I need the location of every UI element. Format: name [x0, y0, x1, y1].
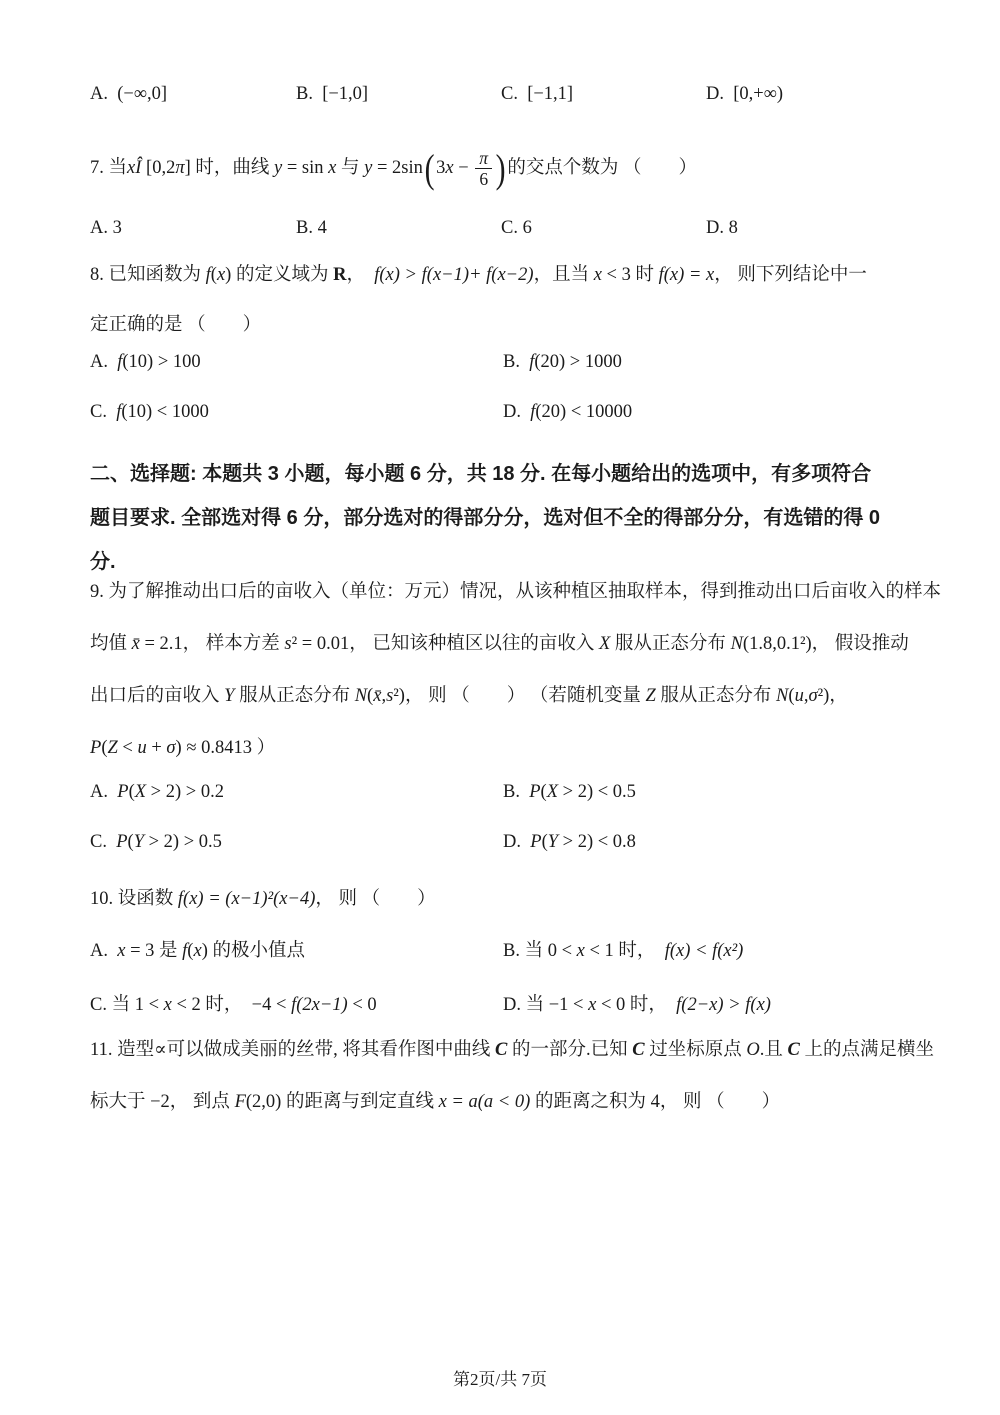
q9-option-c: C. P(Y > 2) > 0.5 — [90, 832, 503, 853]
q6-option-b: B. [−1,0] — [296, 84, 501, 105]
q10-option-a: A. x = 3 是 f(x) 的极小值点 — [90, 936, 503, 962]
q8-option-b: B. f(20) > 1000 — [503, 352, 912, 373]
q11-line-2: 标大于 −2， 到点 F(2,0) 的距离与到定直线 x = a(a < 0) … — [90, 1076, 912, 1128]
section-2-heading: 二、选择题: 本题共 3 小题，每小题 6 分，共 18 分. 在每小题给出的选… — [90, 452, 922, 584]
q8-line-1: 8. 已知函数为 f(x) 的定义域为 R， f(x) > f(x−1)+ f(… — [90, 250, 912, 300]
q8-options-row-2: C. f(10) < 1000 D. f(20) < 10000 — [90, 402, 912, 423]
q10-options-row-1: A. x = 3 是 f(x) 的极小值点 B. 当 0 < x < 1 时， … — [90, 936, 912, 962]
question-10-stem: 10. 设函数 f(x) = (x−1)²(x−4)， 则 （ ） — [90, 884, 912, 910]
q10-option-c: C. 当 1 < x < 2 时， −4 < f(2x−1) < 0 — [90, 990, 503, 1016]
question-11-stem: 11. 造型∝可以做成美丽的丝带, 将其看作图中曲线 C 的一部分.已知 C 过… — [90, 1024, 912, 1128]
question-8-stem: 8. 已知函数为 f(x) 的定义域为 R， f(x) > f(x−1)+ f(… — [90, 250, 912, 350]
q6-option-c: C. [−1,1] — [501, 84, 706, 105]
question-9-stem: 9. 为了解推动出口后的亩收入（单位：万元）情况，从该种植区抽取样本，得到推动出… — [90, 566, 912, 774]
q9-line-4: P(Z < u + σ) ≈ 0.8413 ） — [90, 722, 912, 774]
q10-text: 10. 设函数 f(x) = (x−1)²(x−4)， 则 （ ） — [90, 884, 912, 910]
q9-options-row-2: C. P(Y > 2) > 0.5 D. P(Y > 2) < 0.8 — [90, 832, 912, 853]
q9-option-b: B. P(X > 2) < 0.5 — [503, 782, 912, 803]
q6-option-a: A. (−∞,0] — [90, 84, 296, 105]
q9-option-a: A. P(X > 2) > 0.2 — [90, 782, 503, 803]
section-2-heading-line-1: 二、选择题: 本题共 3 小题，每小题 6 分，共 18 分. 在每小题给出的选… — [90, 452, 922, 496]
q9-line-2: 均值 x̄ = 2.1， 样本方差 s² = 0.01， 已知该种植区以往的亩收… — [90, 618, 912, 670]
q9-options-row-1: A. P(X > 2) > 0.2 B. P(X > 2) < 0.5 — [90, 782, 912, 803]
q8-option-d: D. f(20) < 10000 — [503, 402, 912, 423]
q9-line-3: 出口后的亩收入 Y 服从正态分布 N(x̄,s²)， 则 （ ） （若随机变量 … — [90, 670, 912, 722]
q8-line-2: 定正确的是 （ ） — [90, 300, 912, 350]
q8-option-a: A. f(10) > 100 — [90, 352, 503, 373]
question-7-stem: 7. 当xÎ [0,2π] 时，曲线 y = sin x 与 y = 2sin(… — [90, 136, 912, 200]
page-number-footer: 第2页/共 7页 — [0, 1366, 1000, 1394]
q9-line-1: 9. 为了解推动出口后的亩收入（单位：万元）情况，从该种植区抽取样本，得到推动出… — [90, 566, 912, 618]
section-2-heading-line-2: 题目要求. 全部选对得 6 分，部分选对的得部分分，选对但不全的得部分分，有选错… — [90, 496, 922, 540]
q6-option-d: D. [0,+∞) — [706, 84, 912, 105]
q9-option-d: D. P(Y > 2) < 0.8 — [503, 832, 912, 853]
q6-options-row: A. (−∞,0] B. [−1,0] C. [−1,1] D. [0,+∞) — [90, 84, 912, 105]
q7-option-a: A. 3 — [90, 218, 296, 239]
q8-option-c: C. f(10) < 1000 — [90, 402, 503, 423]
q10-option-d: D. 当 −1 < x < 0 时， f(2−x) > f(x) — [503, 990, 912, 1016]
q7-option-c: C. 6 — [501, 218, 706, 239]
q7-option-d: D. 8 — [706, 218, 912, 239]
q7-options-row: A. 3 B. 4 C. 6 D. 8 — [90, 218, 912, 239]
q7-text: 7. 当xÎ [0,2π] 时，曲线 y = sin x 与 y = 2sin(… — [90, 136, 912, 200]
q11-line-1: 11. 造型∝可以做成美丽的丝带, 将其看作图中曲线 C 的一部分.已知 C 过… — [90, 1024, 912, 1076]
q8-options-row-1: A. f(10) > 100 B. f(20) > 1000 — [90, 352, 912, 373]
exam-page: A. (−∞,0] B. [−1,0] C. [−1,1] D. [0,+∞) … — [0, 0, 1000, 1415]
q10-options-row-2: C. 当 1 < x < 2 时， −4 < f(2x−1) < 0 D. 当 … — [90, 990, 912, 1016]
q7-option-b: B. 4 — [296, 218, 501, 239]
q10-option-b: B. 当 0 < x < 1 时， f(x) < f(x²) — [503, 936, 912, 962]
